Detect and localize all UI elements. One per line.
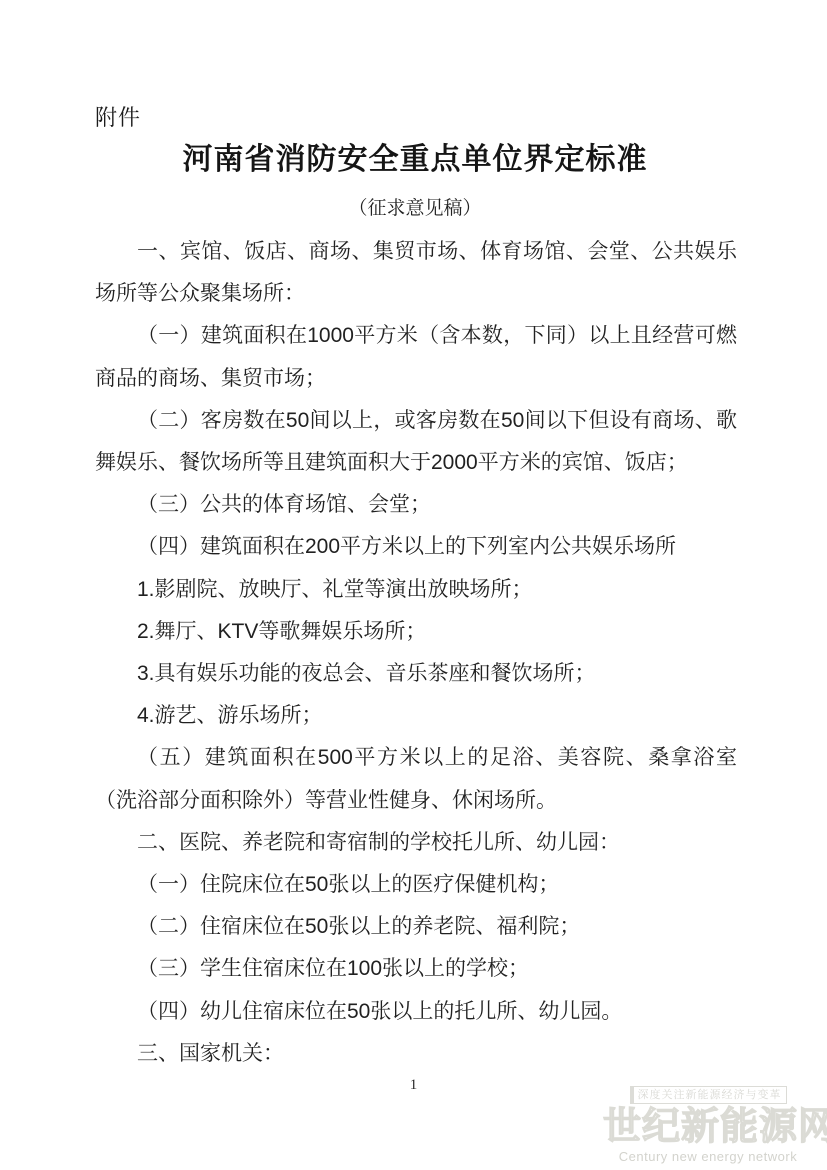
document-body: 一、宾馆、饭店、商场、集贸市场、体育场馆、会堂、公共娱乐场所等公众聚集场所： （… — [95, 231, 737, 1075]
list-item: 2.舞厅、KTV等歌舞娱乐场所； — [95, 611, 737, 653]
document-title: 河南省消防安全重点单位界定标准 — [94, 134, 736, 178]
document-page: 附件 河南省消防安全重点单位界定标准 （征求意见稿） 一、宾馆、饭店、商场、集贸… — [0, 0, 827, 1170]
paragraph: （二）住宿床位在50张以上的养老院、福利院； — [95, 906, 737, 948]
paragraph: （一）住院床位在50张以上的医疗保健机构； — [95, 864, 737, 906]
paragraph: （三）公共的体育场馆、会堂； — [95, 484, 737, 526]
document-subtitle: （征求意见稿） — [94, 193, 736, 220]
list-item: 1.影剧院、放映厅、礼堂等演出放映场所； — [95, 569, 737, 611]
paragraph: （三）学生住宿床位在100张以上的学校； — [95, 948, 737, 990]
list-item: 3.具有娱乐功能的夜总会、音乐茶座和餐饮场所； — [95, 653, 737, 695]
watermark-brand-en: Century new energy network — [603, 1149, 813, 1164]
paragraph: 三、国家机关： — [95, 1033, 737, 1075]
list-item: 4.游艺、游乐场所； — [95, 695, 737, 737]
paragraph: （四）建筑面积在200平方米以上的下列室内公共娱乐场所 — [95, 526, 737, 568]
paragraph: 一、宾馆、饭店、商场、集贸市场、体育场馆、会堂、公共娱乐场所等公众聚集场所： — [95, 231, 737, 315]
attachment-label: 附件 — [95, 101, 141, 132]
paragraph: （二）客房数在50间以上，或客房数在50间以下但设有商场、歌舞娱乐、餐饮场所等且… — [95, 400, 737, 484]
watermark-brand: 世纪新能源网 — [603, 1106, 813, 1148]
paragraph: （五）建筑面积在500平方米以上的足浴、美容院、桑拿浴室（洗浴部分面积除外）等营… — [95, 737, 737, 821]
watermark: 深度关注新能源经济与变革 世纪新能源网 Century new energy n… — [603, 1085, 813, 1164]
paragraph: （一）建筑面积在1000平方米（含本数，下同）以上且经营可燃商品的商场、集贸市场… — [95, 315, 737, 399]
paragraph: 二、医院、养老院和寄宿制的学校托儿所、幼儿园： — [95, 822, 737, 864]
paragraph: （四）幼儿住宿床位在50张以上的托儿所、幼儿园。 — [95, 991, 737, 1033]
watermark-tagline: 深度关注新能源经济与变革 — [630, 1086, 787, 1104]
